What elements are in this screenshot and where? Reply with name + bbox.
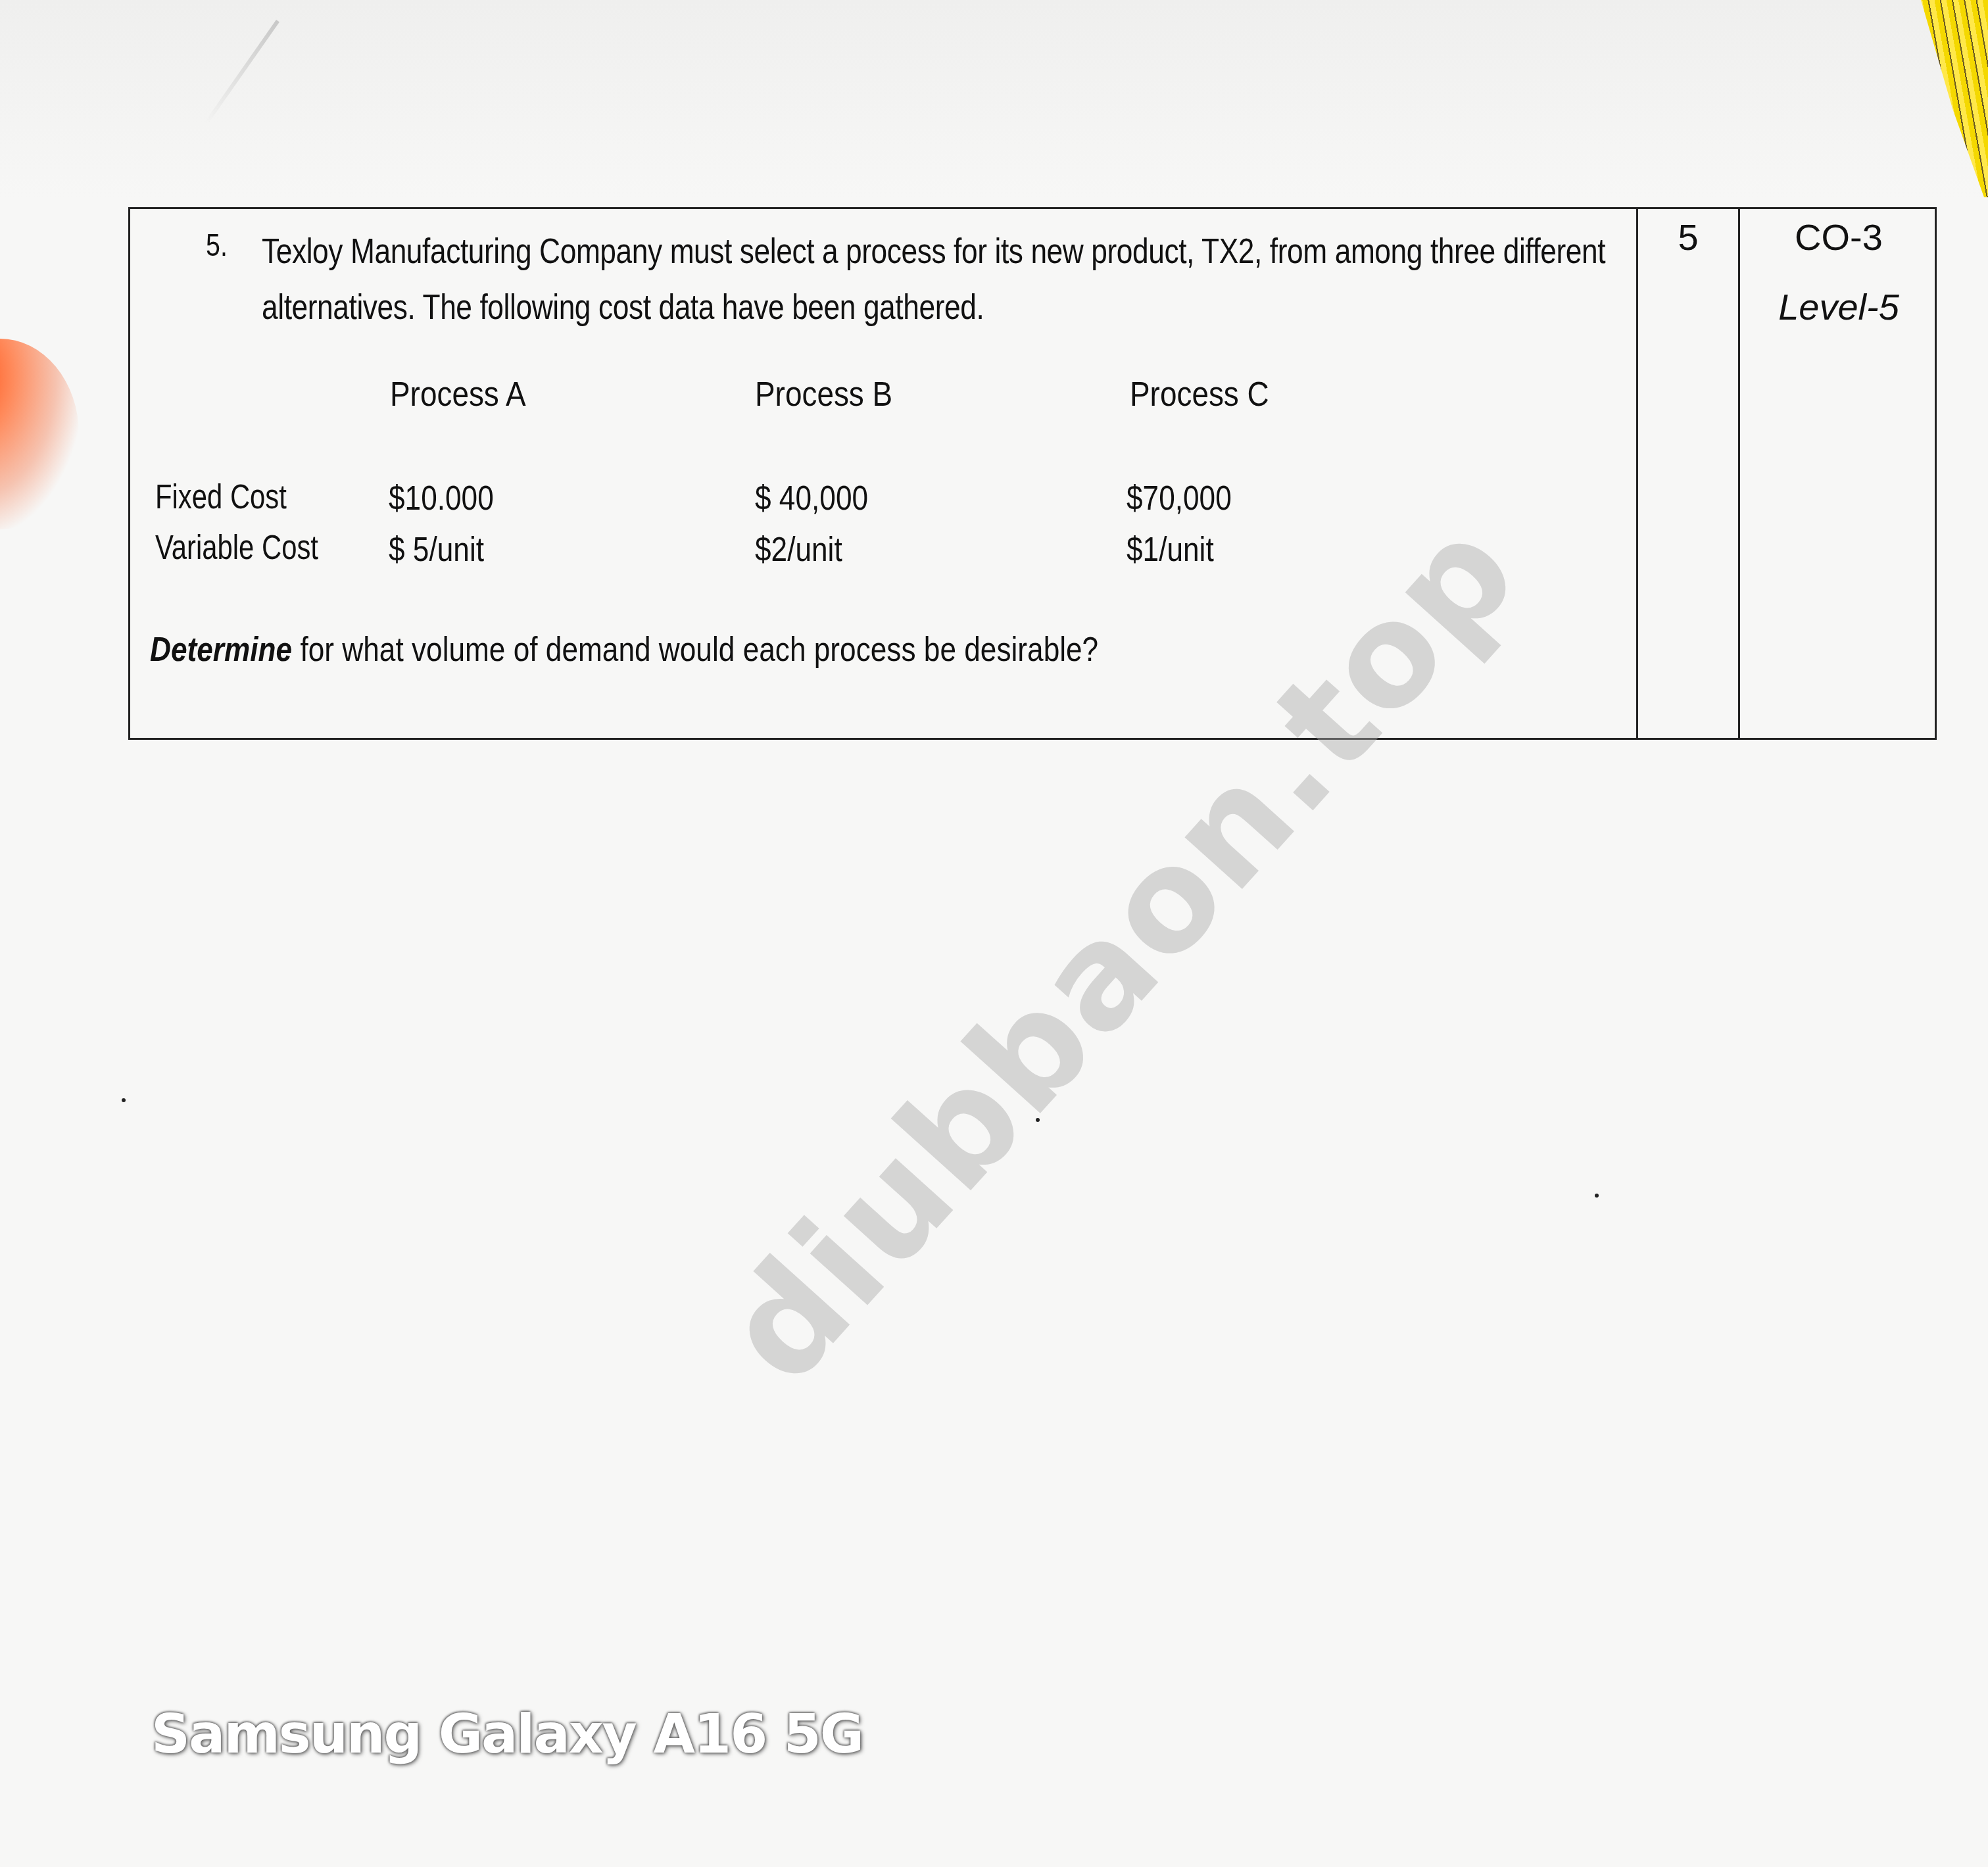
question-table: 5. Texloy Manufacturing Company must sel… xyxy=(128,207,1937,740)
row-label-fixed-cost: Fixed Cost xyxy=(155,477,287,516)
bloom-level: Level-5 xyxy=(1740,285,1937,328)
header-process-a: Process A xyxy=(390,375,526,414)
course-outcome: CO-3 xyxy=(1740,216,1937,258)
paper-speck xyxy=(1036,1118,1040,1122)
prompt-text: for what volume of demand would each pro… xyxy=(292,631,1098,669)
row-label-variable-cost: Variable Cost xyxy=(155,528,318,567)
question-text: Texloy Manufacturing Company must select… xyxy=(262,224,1642,335)
paper-speck xyxy=(1595,1194,1599,1198)
header-process-c: Process C xyxy=(1130,375,1269,414)
fixed-cost-a: $10.000 xyxy=(389,479,494,518)
variable-cost-b: $2/unit xyxy=(755,530,842,570)
fixed-cost-c: $70,000 xyxy=(1127,479,1232,518)
question-number: 5. xyxy=(206,228,228,264)
finger-in-frame xyxy=(0,339,79,529)
question-prompt: Determine for what volume of demand woul… xyxy=(150,630,1098,669)
prompt-emphasis: Determine xyxy=(150,631,292,669)
paper-speck xyxy=(122,1098,126,1102)
variable-cost-c: $1/unit xyxy=(1127,530,1214,570)
header-process-b: Process B xyxy=(755,375,892,414)
variable-cost-a: $ 5/unit xyxy=(389,530,484,570)
camera-caption: Samsung Galaxy A16 5G xyxy=(151,1703,863,1766)
fixed-cost-b: $ 40,000 xyxy=(755,479,868,518)
marks-value: 5 xyxy=(1638,216,1738,258)
paper-shadow xyxy=(0,0,1988,197)
